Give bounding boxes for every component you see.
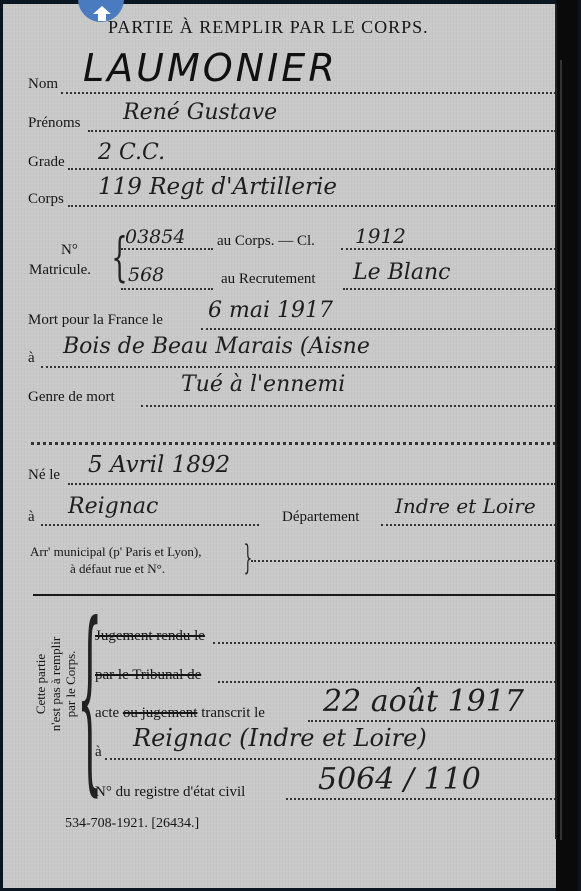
- footer-reference: 534-708-1921. [26434.]: [65, 816, 199, 832]
- mort-line: [201, 328, 556, 330]
- side-note-line3: par le Corps.: [63, 599, 78, 769]
- departement-line: [381, 524, 556, 526]
- matricule-no-label: N°: [61, 242, 78, 259]
- tribunal-label: par le Tribunal de: [95, 667, 201, 684]
- arrondissement-label-line1: Arr' municipal (p' Paris et Lyon),: [30, 544, 201, 560]
- arrow-up-icon-shaft: [98, 13, 106, 21]
- mort-label: Mort pour la France le: [28, 312, 163, 329]
- recrutement-value: Le Blanc: [353, 260, 450, 285]
- grade-value: 2 C.C.: [98, 140, 165, 165]
- matricule-label: Matricule.: [29, 262, 91, 279]
- grade-line: [68, 168, 556, 170]
- ne-le-label: Né le: [28, 467, 60, 484]
- lieu-mort-line: [41, 366, 556, 368]
- lieu-mort-value: Bois de Beau Marais (Aisne: [63, 334, 370, 359]
- prenoms-line: [88, 130, 556, 132]
- ne-le-line: [68, 483, 556, 485]
- classe-value: 1912: [355, 224, 406, 248]
- nom-label: Nom: [28, 76, 58, 93]
- recrutement-label: au Recrutement: [221, 271, 316, 288]
- jugement-line: [213, 642, 556, 644]
- nom-line: [61, 92, 556, 94]
- arrondissement-label-line2: à défaut rue et N°.: [70, 561, 165, 577]
- recrutement-number-line: [121, 288, 213, 290]
- border-line: [560, 60, 562, 840]
- corps-value: 119 Regt d'Artillerie: [98, 174, 337, 200]
- genre-mort-line: [141, 405, 556, 407]
- grade-label: Grade: [28, 154, 65, 171]
- corps-number-line: [121, 248, 213, 250]
- acte-value: 22 août 1917: [323, 684, 524, 719]
- departement-label: Département: [282, 509, 359, 526]
- side-note: Cette partie n'est pas à remplir par le …: [33, 599, 78, 769]
- tribunal-line: [218, 681, 556, 683]
- acte-line: [308, 720, 556, 722]
- registre-line: [286, 798, 556, 800]
- prenoms-value: René Gustave: [123, 100, 277, 125]
- lieu-naissance-label: à: [28, 509, 35, 526]
- document-page: PARTIE À REMPLIR PAR LE CORPS. Nom LAUMO…: [3, 4, 575, 888]
- lieu-transcription-line: [105, 758, 556, 760]
- corps-class-label: au Corps. — Cl.: [217, 233, 315, 250]
- lieu-transcription-value: Reignac (Indre et Loire): [133, 724, 427, 752]
- side-note-line1: Cette partie: [33, 599, 48, 769]
- arrondissement-brace: }: [243, 538, 252, 578]
- acte-suffix: transcrit le: [201, 705, 265, 721]
- corps-number-value: 03854: [125, 226, 185, 248]
- separator-line: [31, 442, 556, 445]
- classe-line: [341, 248, 556, 250]
- acte-struck: ou jugement: [123, 705, 198, 721]
- acte-label: acte ou jugement transcrit le: [95, 705, 265, 722]
- registre-value: 5064 / 110: [318, 762, 481, 797]
- border-line: [555, 4, 557, 839]
- corps-line: [68, 205, 556, 207]
- genre-mort-value: Tué à l'ennemi: [181, 372, 345, 397]
- lieu-naissance-value: Reignac: [68, 494, 158, 519]
- acte-prefix: acte: [95, 705, 119, 721]
- nom-value: LAUMONIER: [83, 46, 338, 90]
- ne-le-value: 5 Avril 1892: [88, 452, 230, 478]
- mort-value: 6 mai 1917: [208, 298, 333, 323]
- lieu-transcription-label: à: [95, 744, 102, 761]
- section-divider: [33, 594, 558, 596]
- genre-mort-label: Genre de mort: [28, 389, 115, 406]
- document-header: PARTIE À REMPLIR PAR LE CORPS.: [108, 17, 429, 38]
- tribunal-label-text: par le Tribunal de: [95, 667, 201, 683]
- lieu-naissance-line: [41, 524, 259, 526]
- corps-label: Corps: [28, 191, 64, 208]
- jugement-label: Jugement rendu le: [95, 628, 205, 645]
- lieu-mort-label: à: [28, 350, 35, 367]
- departement-value: Indre et Loire: [395, 494, 536, 518]
- recrutement-number-value: 568: [128, 264, 164, 286]
- side-note-line2: n'est pas à remplir: [48, 599, 63, 769]
- arrondissement-line: [251, 560, 556, 562]
- recrutement-line: [343, 288, 556, 290]
- registre-label: N° du registre d'état civil: [95, 784, 245, 801]
- prenoms-label: Prénoms: [28, 115, 81, 132]
